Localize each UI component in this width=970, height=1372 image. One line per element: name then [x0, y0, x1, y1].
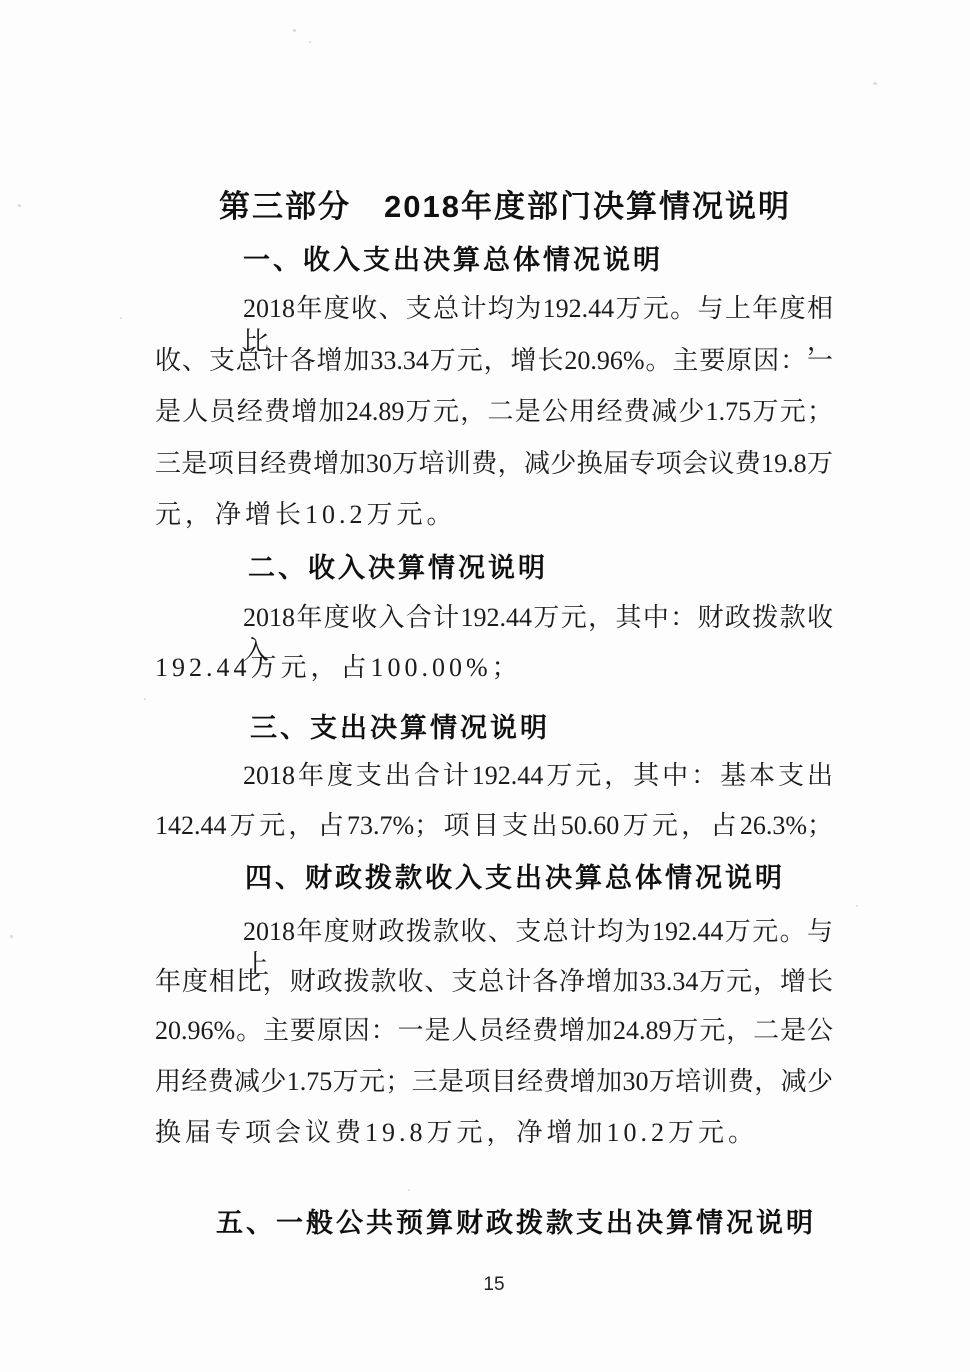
scan-speck	[873, 82, 877, 85]
section-1-heading: 一、收入支出决算总体情况说明	[243, 238, 663, 277]
body-line: 20.96%。主要原因：一是人员经费增加24.89万元，二是公	[155, 1015, 833, 1048]
page-number: 15	[155, 1274, 833, 1296]
scan-speck	[18, 204, 21, 207]
body-line: 2018年度支出合计192.44万元，其中：基本支出	[155, 760, 833, 793]
body-line: 用经费减少1.75万元；三是项目经费增加30万培训费，减少	[155, 1066, 833, 1099]
scan-speck	[120, 317, 122, 319]
section-3-heading: 三、支出决算情况说明	[250, 706, 550, 745]
body-line: 是人员经费增加24.89万元，二是公用经费减少1.75万元；	[155, 396, 833, 429]
body-line: 元，净增长10.2万元。	[155, 499, 833, 532]
scanned-document-page: 第三部分 2018年度部门决算情况说明 一、收入支出决算总体情况说明 2018年…	[0, 0, 970, 1372]
scan-speck	[856, 905, 858, 907]
document-title: 第三部分 2018年度部门决算情况说明	[155, 181, 855, 226]
section-5-heading: 五、一般公共预算财政拨款支出决算情况说明	[216, 1201, 816, 1240]
scan-speck	[293, 29, 296, 32]
body-line: 三是项目经费增加30万培训费，减少换届专项会议费19.8万	[155, 448, 833, 481]
body-line: 142.44万元，占73.7%；项目支出50.60万元，占26.3%；	[155, 810, 833, 843]
scan-speck	[408, 1189, 410, 1191]
scan-speck	[309, 41, 311, 43]
scan-speck	[10, 935, 13, 938]
body-line: 192.44万元，占100.00%；	[155, 652, 833, 685]
body-line: 收、支总计各增加33.34万元，增长20.96%。主要原因：一	[155, 345, 833, 378]
section-2-heading: 二、收入决算情况说明	[248, 546, 548, 585]
body-line: 换届专项会议费19.8万元，净增加10.2万元。	[155, 1117, 833, 1150]
body-line: 年度相比，财政拨款收、支总计各净增加33.34万元，增长	[155, 966, 833, 999]
scan-speck	[144, 698, 146, 700]
section-4-heading: 四、财政拨款收入支出决算总体情况说明	[245, 856, 785, 895]
